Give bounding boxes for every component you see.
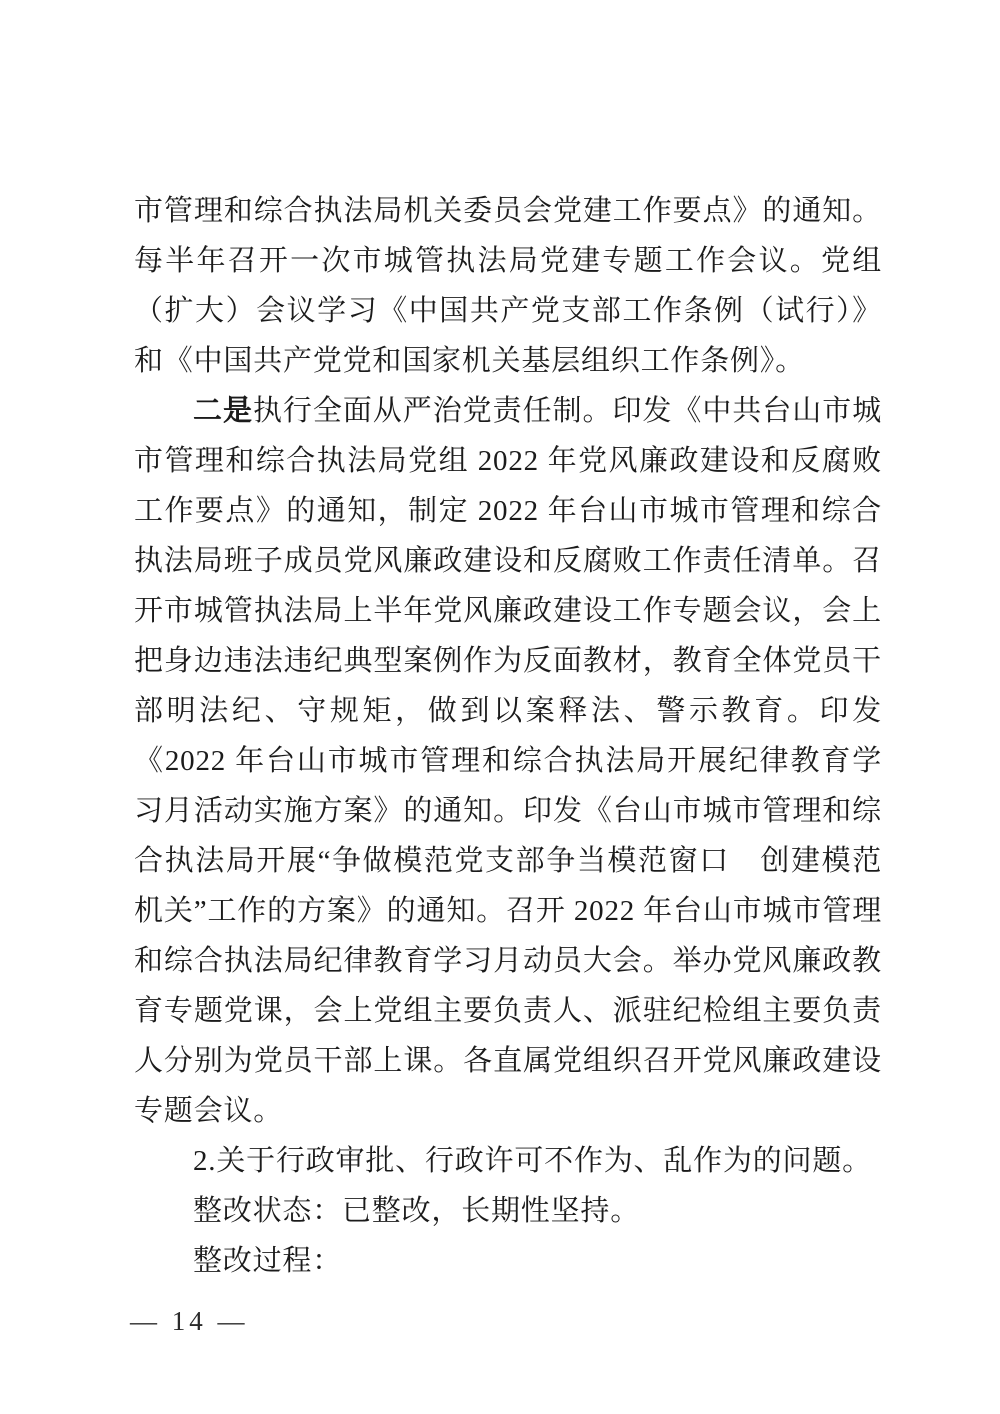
paragraph-second-point: 二是执行全面从严治党责任制。印发《中共台山市城市管理和综合执法局党组 2022 … [134,386,882,1136]
paragraph-rectify-process: 整改过程： [134,1236,882,1286]
document-page: 市管理和综合执法局机关委员会党建工作要点》的通知。每半年召开一次市城管执法局党建… [0,0,1000,1414]
document-body: 市管理和综合执法局机关委员会党建工作要点》的通知。每半年召开一次市城管执法局党建… [134,186,882,1286]
paragraph-text: 市管理和综合执法局机关委员会党建工作要点》的通知。每半年召开一次市城管执法局党建… [134,195,882,377]
paragraph-continuation: 市管理和综合执法局机关委员会党建工作要点》的通知。每半年召开一次市城管执法局党建… [134,186,882,386]
paragraph-lead-bold: 二是 [193,395,253,427]
paragraph-text: 执行全面从严治党责任制。印发《中共台山市城市管理和综合执法局党组 2022 年党… [134,395,882,1127]
paragraph-text: 整改过程： [193,1245,342,1277]
page-number: — 14 — [130,1306,249,1337]
paragraph-rectify-status: 整改状态：已整改，长期性坚持。 [134,1186,882,1236]
paragraph-text: 整改状态：已整改，长期性坚持。 [193,1195,640,1227]
paragraph-item-2: 2.关于行政审批、行政许可不作为、乱作为的问题。 [134,1136,882,1186]
paragraph-text: 2.关于行政审批、行政许可不作为、乱作为的问题。 [193,1145,872,1177]
